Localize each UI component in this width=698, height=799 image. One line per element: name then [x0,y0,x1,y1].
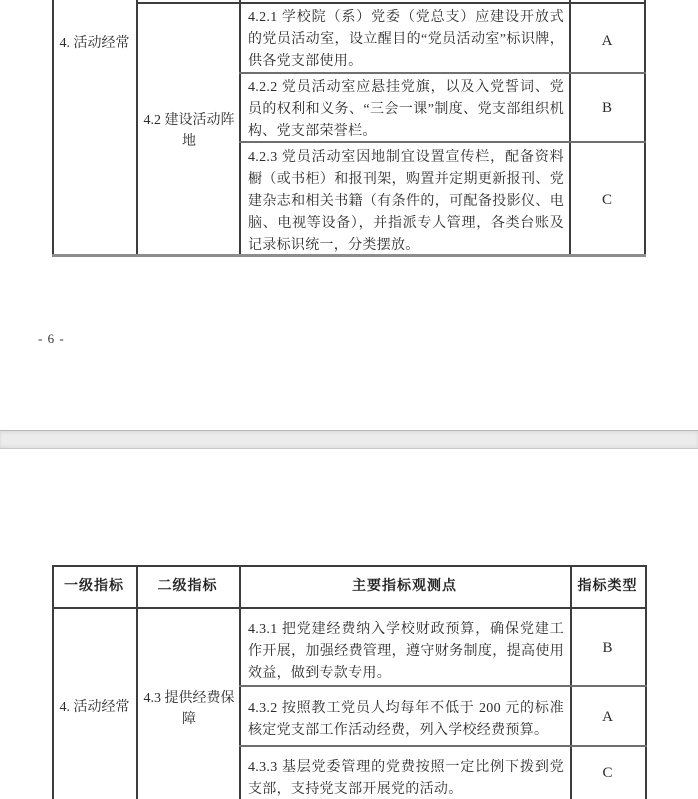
grade-cell: A [569,33,645,49]
table-border [52,565,647,567]
grade-cell: C [570,765,645,781]
page-number: - 6 - [38,331,65,346]
header-observation: 主要指标观测点 [239,579,570,595]
observation-cell: 4.2.1 学校院（系）党委（党总支）应建设开放式的党员活动室，设立醒目的“党员… [248,7,564,73]
table-border [239,745,647,747]
grade-cell: B [569,100,645,116]
table-border [645,566,647,799]
table-border [136,566,138,799]
observation-cell: 4.2.2 党员活动室应悬挂党旗，以及入党誓词、党员的权利和义务、“三会一课”制… [248,77,564,143]
header-level2-indicator: 二级指标 [136,579,239,595]
table-border [239,566,241,799]
table-border [52,566,54,799]
page-7: 一级指标 二级指标 主要指标观测点 指标类型 4. 活动经常 4.3 提供经费保… [0,449,698,799]
table-border [239,685,647,687]
table-border [136,0,138,257]
header-indicator-type: 指标类型 [570,579,645,595]
level1-indicator-cell: 4. 活动经常 [53,697,136,718]
observation-cell: 4.3.2 按照教工党员人均每年不低于 200 元的标准核定党支部工作活动经费，… [248,698,564,742]
header-level1-indicator: 一级指标 [52,579,136,595]
document-scroll-area[interactable]: 4. 活动经常 4.2 建设活动阵地 4.2.1 学校院（系）党委（党总支）应建… [0,0,698,799]
level2-indicator-cell: 4.2 建设活动阵地 [142,110,236,152]
page-6: 4. 活动经常 4.2 建设活动阵地 4.2.1 学校院（系）党委（党总支）应建… [0,0,698,430]
grade-cell: C [569,192,645,208]
observation-cell: 4.3.3 基层党委管理的党费按照一定比例下拨到党支部，支持党支部开展党的活动。 [248,757,564,799]
grade-cell: A [570,709,645,725]
table-border [52,607,647,609]
observation-cell: 4.3.1 把党建经费纳入学校财政预算，确保党建工作开展，加强经费管理，遵守财务… [248,619,564,685]
table-border [239,0,241,257]
page-gap [0,430,698,449]
table-border [136,2,646,4]
level2-indicator-cell: 4.3 提供经费保障 [142,688,236,730]
level1-indicator-cell: 4. 活动经常 [53,33,136,54]
grade-cell: B [570,640,645,656]
observation-cell: 4.2.3 党员活动室因地制宜设置宣传栏，配备资料橱（或书柜）和报刊架，购置并定… [248,147,564,257]
